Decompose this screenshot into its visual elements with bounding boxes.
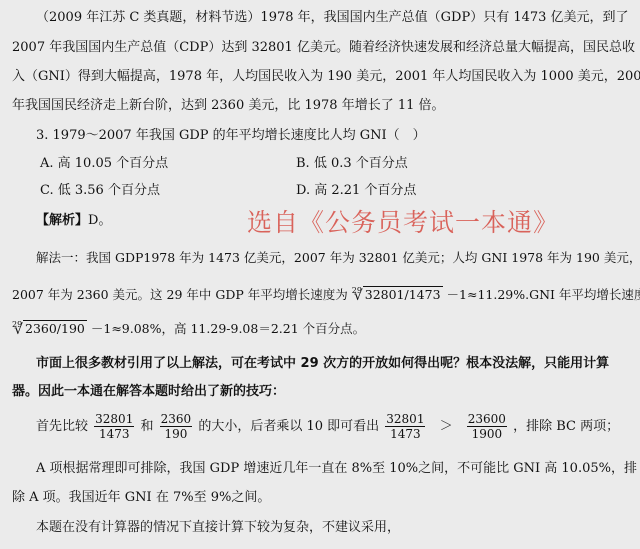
option-a: A. 高 10.05 个百分点	[40, 156, 168, 172]
compare-line: 首先比较 328011473 和 2360190 的大小，后者乘以 10 即可看…	[36, 412, 619, 442]
compare-text: ，排除 BC 两项；	[513, 419, 619, 434]
numerator: 32801	[94, 412, 134, 427]
method-text: －1≈9.08%，高 11.29-9.08＝2.21 个百分点。	[91, 321, 365, 336]
commentary-line: 市面上很多教材引用了以上解法，可在考试中 29 次方的开放如何得出呢？根本没法解…	[36, 356, 609, 372]
numerator: 32801	[385, 412, 425, 427]
denominator: 1473	[99, 427, 130, 441]
compare-text: 和	[140, 419, 153, 434]
numerator: 23600	[467, 412, 507, 427]
exclusion-line: A 项根据常理即可排除，我国 GDP 增速近几年一直在 8%至 10%之间，不可…	[36, 461, 637, 477]
analysis-label: 【解析】	[36, 213, 88, 228]
compare-text: 的大小，后者乘以 10 即可看出	[198, 419, 379, 434]
denominator: 190	[164, 427, 187, 441]
radical-icon: √	[354, 288, 363, 304]
question-stem: 3. 1979～2007 年我国 GDP 的年平均增长速度比人均 GNI（ ）	[36, 128, 426, 144]
fraction: 328011473	[94, 412, 134, 441]
commentary-line: 器。因此一本通在解答本题时给出了新的技巧：	[12, 384, 285, 400]
method-line: 2007 年为 2360 美元。这 29 年中 GDP 年平均增长速度为 29 …	[12, 287, 640, 303]
fraction: 2360190	[160, 412, 193, 441]
radicand: 32801/1473	[363, 286, 443, 302]
radical-icon: √	[14, 322, 23, 338]
option-d: D. 高 2.21 个百分点	[296, 183, 416, 199]
fraction: 236001900	[467, 412, 507, 441]
passage-line: （2009 年江苏 C 类真题，材料节选）1978 年，我国国内生产总值（GDP…	[36, 10, 629, 26]
greater-than-sign: ＞	[440, 419, 453, 434]
analysis-answer: D。	[88, 213, 111, 228]
numerator: 2360	[160, 412, 193, 427]
option-c: C. 低 3.56 个百分点	[40, 183, 160, 199]
nth-root: 29 √ 2360/190	[12, 321, 87, 337]
passage-line: 年我国国民经济走上新台阶，达到 2360 美元，比 1978 年增长了 11 倍…	[12, 98, 445, 114]
method-text: －1≈11.29%.GNI 年平均增长速度为	[447, 287, 640, 302]
passage-line: 入（GNI）得到大幅提高，1978 年，人均国民收入为 190 美元，2001 …	[12, 69, 640, 85]
closing-line: 本题在没有计算器的情况下直接计算下较为复杂，不建议采用，	[36, 520, 400, 536]
compare-text: 首先比较	[36, 419, 88, 434]
method-text: 2007 年为 2360 美元。这 29 年中 GDP 年平均增长速度为	[12, 287, 348, 302]
denominator: 1900	[472, 427, 503, 441]
nth-root: 29 √ 32801/1473	[352, 287, 443, 303]
source-watermark: 选自《公务员考试一本通》	[247, 208, 559, 238]
method-line: 29 √ 2360/190 －1≈9.08%，高 11.29-9.08＝2.21…	[12, 321, 365, 337]
option-b: B. 低 0.3 个百分点	[296, 156, 408, 172]
passage-line: 2007 年我国国内生产总值（CDP）达到 32801 亿美元。随着经济快速发展…	[12, 40, 635, 56]
denominator: 1473	[390, 427, 421, 441]
fraction: 328011473	[385, 412, 425, 441]
radicand: 2360/190	[23, 320, 87, 336]
method-line: 解法一：我国 GDP1978 年为 1473 亿美元，2007 年为 32801…	[36, 250, 640, 266]
analysis-header: 【解析】D。	[36, 213, 111, 229]
exclusion-line: 除 A 项。我国近年 GNI 在 7%至 9%之间。	[12, 490, 270, 506]
